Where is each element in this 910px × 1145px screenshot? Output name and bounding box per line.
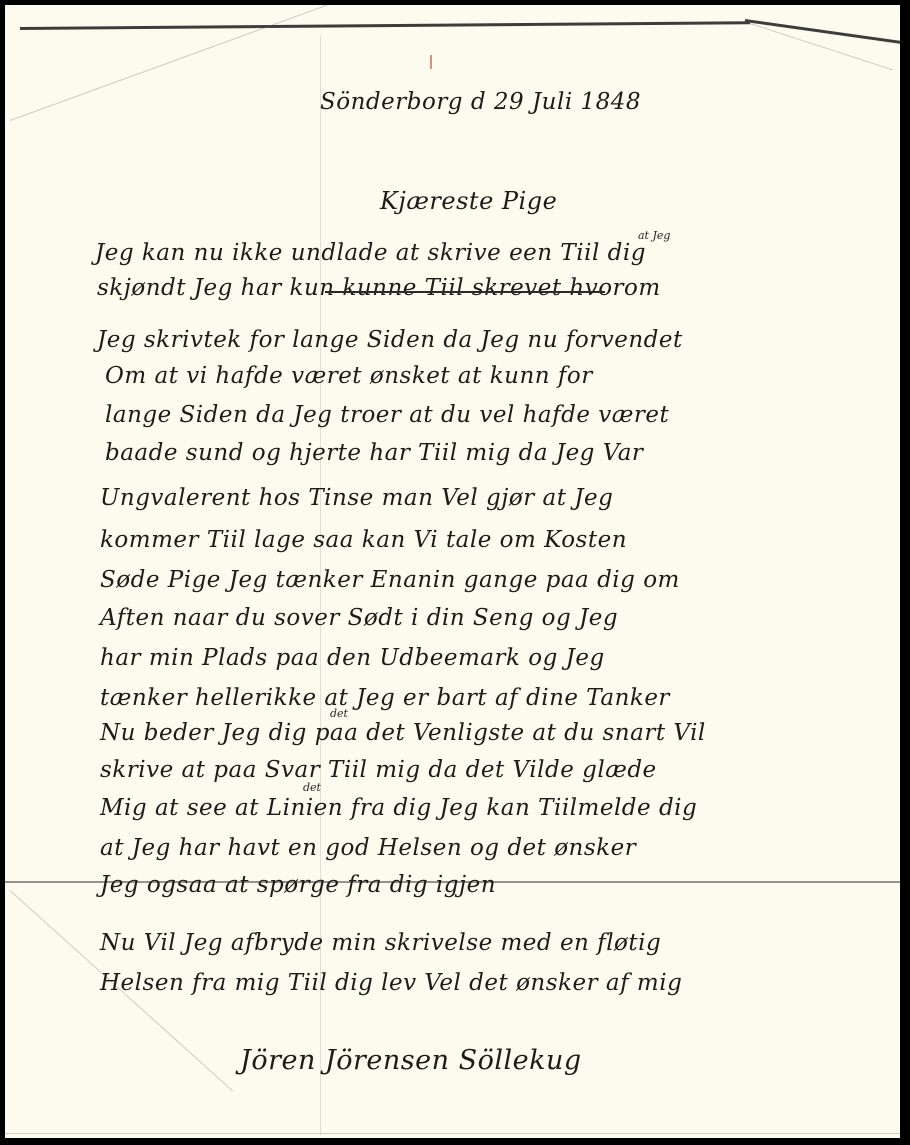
letter-line-16: at Jeg har havt en god Helsen og det øns…: [100, 835, 636, 861]
letter-line-17: Jeg ogsaa at spørge fra dig igjen: [100, 872, 496, 898]
letter-line-13: Nu beder Jeg dig paa det Venligste at du…: [100, 720, 706, 746]
interlinear-insert: det: [330, 707, 348, 720]
letter-line-10: Aften naar du sover Sødt i din Seng og J…: [100, 605, 618, 631]
strikethrough: [325, 291, 605, 293]
letter-line-19: Helsen fra mig Tiil dig lev Vel det ønsk…: [100, 970, 682, 996]
letter-line-5: lange Siden da Jeg troer at du vel hafde…: [105, 402, 669, 428]
interlinear-insert: det: [303, 781, 321, 794]
letter-line-8: kommer Tiil lage saa kan Vi tale om Kost…: [100, 527, 627, 553]
letter-line-2: skjøndt Jeg har kun kunne Tiil skrevet h…: [97, 275, 661, 301]
letter-line-7: Ungvalerent hos Tinse man Vel gjør at Je…: [100, 485, 613, 511]
letter-line-4: Om at vi hafde været ønsket at kunn for: [105, 363, 593, 389]
place-date: Sönderborg d 29 Juli 1848: [320, 89, 641, 115]
signature: Jören Jörensen Söllekug: [240, 1045, 582, 1076]
letter-line-11: har min Plads paa den Udbeemark og Jeg: [100, 645, 605, 671]
letter-page: Sönderborg d 29 Juli 1848 Kjæreste Pige …: [5, 5, 900, 1138]
letter-line-3: Jeg skrivtek for lange Siden da Jeg nu f…: [97, 327, 683, 353]
salutation: Kjæreste Pige: [380, 187, 557, 215]
bottom-edge-line: [5, 1133, 900, 1134]
red-ink-mark: [430, 55, 432, 69]
top-fold-line-right: [745, 19, 900, 44]
letter-line-15: Mig at see at Linien fra dig Jeg kan Tii…: [100, 795, 697, 821]
letter-line-12: tænker hellerikke at Jeg er bart af dine…: [100, 685, 670, 711]
letter-line-6: baade sund og hjerte har Tiil mig da Jeg…: [105, 440, 643, 466]
letter-line-14: skrive at paa Svar Tiil mig da det Vilde…: [100, 757, 657, 783]
top-fold-line: [20, 21, 750, 30]
diagonal-crease-top-left: [10, 5, 330, 121]
scan-frame: Sönderborg d 29 Juli 1848 Kjæreste Pige …: [0, 0, 910, 1145]
letter-line-18: Nu Vil Jeg afbryde min skrivelse med en …: [100, 930, 661, 956]
letter-line-1: Jeg kan nu ikke undlade at skrive een Ti…: [95, 240, 646, 266]
letter-line-9: Søde Pige Jeg tænker Enanin gange paa di…: [100, 567, 680, 593]
